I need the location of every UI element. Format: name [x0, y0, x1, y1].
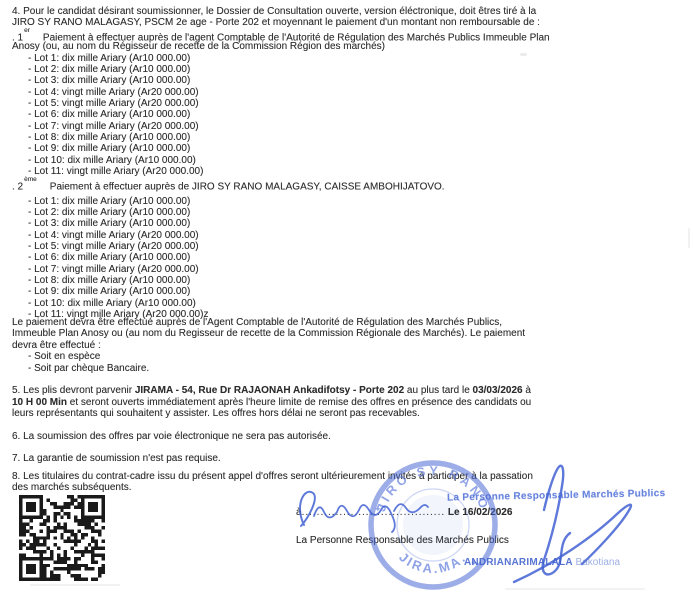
signer-firstname: Bakotiana — [576, 557, 620, 568]
section4-closing: Le paiement devra être effectué auprès d… — [12, 317, 688, 352]
section4-intro: 4. Pour le candidat désirant soumissionn… — [12, 6, 682, 29]
payment2-line: . 2èmePaiement à effectuer auprès de JIR… — [12, 178, 682, 193]
payment2-number: . 2 — [12, 181, 23, 192]
section5-deadline-date: 03/03/2026 — [473, 385, 523, 396]
section5-l1e: à — [523, 385, 531, 396]
section5-l1a: 5. Les plis devront parvenir — [12, 385, 135, 396]
payment2-text: Paiement à effectuer auprès de JIRO SY R… — [50, 181, 445, 192]
section5-line1: 5. Les plis devront parvenir JIRAMA - 54… — [12, 385, 688, 396]
payment1-ordinal: er — [24, 27, 30, 34]
section5-deadline-time: 10 H 00 Min — [12, 397, 67, 408]
signer-lastname: ANDRIANARIMALALA — [464, 557, 573, 568]
section5-l1c: au plus tard le — [404, 385, 472, 396]
qr-code — [19, 495, 105, 581]
signer-name: ANDRIANARIMALALA Bakotiana — [464, 557, 620, 568]
payment2-ordinal: ème — [24, 176, 37, 183]
scan-line-left — [30, 584, 120, 586]
section5-l2b: et seront ouverts immédiatement après l'… — [67, 397, 531, 408]
lots-list-2: - Lot 1: dix mille Ariary (Ar10 000.00) … — [28, 196, 668, 321]
lots-list-1: - Lot 1: dix mille Ariary (Ar10 000.00) … — [28, 53, 668, 178]
payment-methods: - Soit en espèce - Soit par chèque Banca… — [28, 351, 668, 374]
payment1-text2: Anosy (ou, au nom du Régisseur de recett… — [12, 41, 682, 52]
scan-speck — [520, 53, 527, 56]
handwritten-place-ink — [292, 484, 437, 534]
section5-address: JIRAMA - 54, Rue Dr RAJAONAH Ankadifotsy… — [135, 385, 404, 396]
scan-edge-mark — [688, 228, 690, 248]
section5-line2: 10 H 00 Min et seront ouverts immédiatem… — [12, 397, 688, 408]
scanned-document-page: 4. Pour le candidat désirant soumissionn… — [0, 0, 693, 596]
scan-line-right — [505, 588, 645, 590]
section5-line3: leurs représentants qui souhaitent y ass… — [12, 408, 688, 419]
